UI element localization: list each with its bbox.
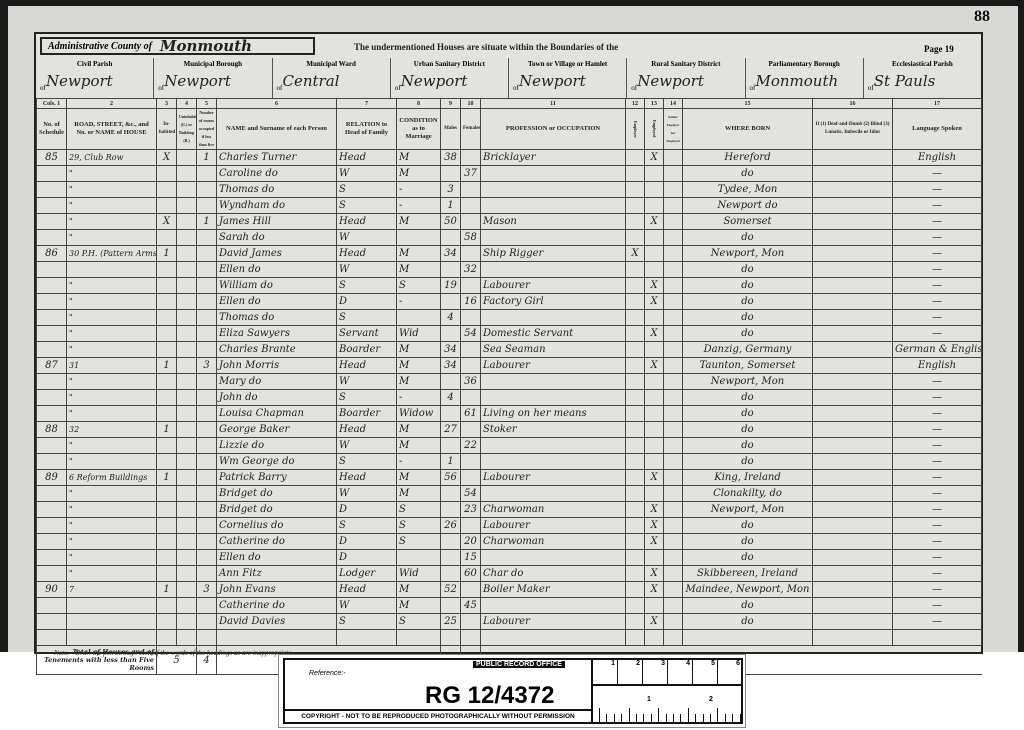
male-age-cell — [441, 598, 461, 614]
employer-cell — [626, 166, 645, 182]
male-age-cell — [441, 326, 461, 342]
language-cell: — — [893, 582, 982, 598]
table-row: "Eliza SawyersServantWid54Domestic Serva… — [37, 326, 982, 342]
relation-cell: Boarder — [337, 342, 397, 358]
relation-cell: S — [337, 198, 397, 214]
neither-cell — [664, 438, 683, 454]
employer-cell — [626, 550, 645, 566]
table-row: "John doS-4do— — [37, 390, 982, 406]
female-age-cell — [461, 182, 481, 198]
rooms-cell — [197, 198, 217, 214]
road-cell: " — [67, 390, 157, 406]
name-cell: Catherine do — [217, 534, 337, 550]
female-age-cell — [461, 518, 481, 534]
condition-cell: S — [397, 518, 441, 534]
uninhabited-cell — [177, 150, 197, 166]
employer-cell — [626, 502, 645, 518]
schedule-cell: 86 — [37, 246, 67, 262]
uninhabited-cell — [177, 582, 197, 598]
employed-cell: X — [645, 294, 664, 310]
neither-cell — [664, 630, 683, 646]
road-cell: " — [67, 310, 157, 326]
employer-cell — [626, 566, 645, 582]
employer-cell — [626, 294, 645, 310]
schedule-cell — [37, 262, 67, 278]
heading-uninhabited: Uninhabited (U.) or Building (B.) — [177, 109, 197, 150]
neither-cell — [664, 246, 683, 262]
occupation-cell: Sea Seaman — [481, 342, 626, 358]
neither-cell — [664, 214, 683, 230]
employer-cell — [626, 214, 645, 230]
relation-cell: D — [337, 294, 397, 310]
condition-cell: - — [397, 198, 441, 214]
schedule-cell — [37, 454, 67, 470]
employed-cell — [645, 630, 664, 646]
neither-cell — [664, 534, 683, 550]
inhabited-cell — [157, 182, 177, 198]
uninhabited-cell — [177, 486, 197, 502]
language-cell: — — [893, 166, 982, 182]
relation-cell: Head — [337, 582, 397, 598]
male-age-cell: 4 — [441, 390, 461, 406]
birthplace-cell: King, Ireland — [683, 470, 813, 486]
district-rural-sanitary: Rural Sanitary District of Newport — [627, 58, 745, 98]
infirmity-cell — [813, 630, 893, 646]
page-label: Page 19 — [924, 44, 954, 54]
road-cell: " — [67, 374, 157, 390]
occupation-cell — [481, 598, 626, 614]
birthplace-cell: do — [683, 166, 813, 182]
occupation-cell: Factory Girl — [481, 294, 626, 310]
schedule-cell — [37, 182, 67, 198]
schedule-cell — [37, 486, 67, 502]
inhabited-cell — [157, 390, 177, 406]
male-age-cell — [441, 294, 461, 310]
language-cell: — — [893, 550, 982, 566]
schedule-cell — [37, 278, 67, 294]
neither-cell — [664, 550, 683, 566]
language-cell: — — [893, 422, 982, 438]
district-urban-sanitary: Urban Sanitary District of Newport — [391, 58, 509, 98]
neither-cell — [664, 390, 683, 406]
heading-females: Females — [461, 109, 481, 150]
infirmity-cell — [813, 198, 893, 214]
name-cell: Ann Fitz — [217, 566, 337, 582]
table-row: "Bridget doWM54Clonakilty, do— — [37, 486, 982, 502]
female-age-cell — [461, 422, 481, 438]
male-age-cell — [441, 550, 461, 566]
infirmity-cell — [813, 262, 893, 278]
relation-cell: Head — [337, 246, 397, 262]
inhabited-cell — [157, 406, 177, 422]
occupation-cell — [481, 374, 626, 390]
table-row: "Thomas doS4do— — [37, 310, 982, 326]
female-age-cell: 37 — [461, 166, 481, 182]
birthplace-cell: do — [683, 278, 813, 294]
name-cell: Patrick Barry — [217, 470, 337, 486]
schedule-cell — [37, 214, 67, 230]
infirmity-cell — [813, 230, 893, 246]
schedule-cell: 90 — [37, 582, 67, 598]
neither-cell — [664, 374, 683, 390]
male-age-cell — [441, 566, 461, 582]
employer-cell — [626, 326, 645, 342]
employer-cell — [626, 182, 645, 198]
female-age-cell: 58 — [461, 230, 481, 246]
condition-cell: M — [397, 166, 441, 182]
schedule-cell — [37, 406, 67, 422]
birthplace-cell: Somerset — [683, 214, 813, 230]
condition-cell: M — [397, 422, 441, 438]
column-headings-row: No. of Schedule ROAD, STREET, &c., and N… — [37, 109, 982, 150]
uninhabited-cell — [177, 310, 197, 326]
infirmity-cell — [813, 358, 893, 374]
occupation-cell: Charwoman — [481, 502, 626, 518]
infirmity-cell — [813, 438, 893, 454]
road-cell: 32 — [67, 422, 157, 438]
rooms-cell — [197, 406, 217, 422]
female-age-cell: 54 — [461, 326, 481, 342]
uninhabited-cell — [177, 422, 197, 438]
rooms-cell — [197, 630, 217, 646]
relation-cell: W — [337, 374, 397, 390]
table-row: "Lizzie doWM22do— — [37, 438, 982, 454]
neither-cell — [664, 198, 683, 214]
rooms-cell — [197, 614, 217, 630]
inhabited-cell: X — [157, 150, 177, 166]
female-age-cell — [461, 342, 481, 358]
schedule-cell — [37, 342, 67, 358]
female-age-cell — [461, 278, 481, 294]
birthplace-cell: do — [683, 390, 813, 406]
inhabited-cell — [157, 166, 177, 182]
heading-relation: RELATION to Head of Family — [337, 109, 397, 150]
language-cell: — — [893, 486, 982, 502]
employed-cell — [645, 422, 664, 438]
measurement-scale: 1 2 3 4 5 6 1 2 — [591, 660, 743, 722]
rooms-cell — [197, 598, 217, 614]
employer-cell — [626, 486, 645, 502]
table-row: "Ann FitzLodgerWid60Char doXSkibbereen, … — [37, 566, 982, 582]
schedule-cell: 87 — [37, 358, 67, 374]
name-cell: David James — [217, 246, 337, 262]
neither-cell — [664, 294, 683, 310]
neither-cell — [664, 598, 683, 614]
district-row: Civil Parish of Newport Municipal Boroug… — [36, 58, 981, 100]
birthplace-cell: Newport, Mon — [683, 502, 813, 518]
condition-cell: M — [397, 486, 441, 502]
table-row: 90713John EvansHeadM52Boiler MakerXMaind… — [37, 582, 982, 598]
heading-schedule: No. of Schedule — [37, 109, 67, 150]
inhabited-cell — [157, 454, 177, 470]
language-cell: — — [893, 310, 982, 326]
relation-cell: W — [337, 262, 397, 278]
inhabited-cell — [157, 230, 177, 246]
pro-reference-label: PUBLIC RECORD OFFICE Reference:- RG 12/4… — [278, 654, 746, 728]
condition-cell: - — [397, 390, 441, 406]
female-age-cell — [461, 582, 481, 598]
table-row: "Catherine doDS20CharwomanXdo— — [37, 534, 982, 550]
language-cell: — — [893, 438, 982, 454]
female-age-cell: 20 — [461, 534, 481, 550]
female-age-cell — [461, 310, 481, 326]
name-cell: James Hill — [217, 214, 337, 230]
road-cell: " — [67, 326, 157, 342]
occupation-cell: Labourer — [481, 470, 626, 486]
inhabited-cell — [157, 486, 177, 502]
birthplace-cell: do — [683, 614, 813, 630]
relation-cell: W — [337, 598, 397, 614]
schedule-cell — [37, 550, 67, 566]
schedule-cell — [37, 230, 67, 246]
relation-cell: S — [337, 614, 397, 630]
birthplace-cell: do — [683, 294, 813, 310]
rooms-cell — [197, 470, 217, 486]
inhabited-cell: X — [157, 214, 177, 230]
road-cell: " — [67, 214, 157, 230]
relation-cell: W — [337, 438, 397, 454]
table-row: 873113John MorrisHeadM34LabourerXTaunton… — [37, 358, 982, 374]
infirmity-cell — [813, 390, 893, 406]
relation-cell: W — [337, 166, 397, 182]
occupation-cell — [481, 390, 626, 406]
uninhabited-cell — [177, 614, 197, 630]
inhabited-cell — [157, 438, 177, 454]
road-cell: " — [67, 198, 157, 214]
road-cell: 29, Club Row — [67, 150, 157, 166]
employed-cell — [645, 166, 664, 182]
schedule-cell — [37, 534, 67, 550]
birthplace-cell: Newport do — [683, 198, 813, 214]
rooms-cell — [197, 486, 217, 502]
table-row: "Wyndham doS-1Newport do— — [37, 198, 982, 214]
uninhabited-cell — [177, 342, 197, 358]
infirmity-cell — [813, 614, 893, 630]
infirmity-cell — [813, 502, 893, 518]
neither-cell — [664, 486, 683, 502]
employed-cell: X — [645, 358, 664, 374]
district-ecclesiastical-parish: Ecclesiastical Parish of St Pauls — [864, 58, 981, 98]
infirmity-cell — [813, 166, 893, 182]
neither-cell — [664, 278, 683, 294]
infirmity-cell — [813, 150, 893, 166]
employer-cell — [626, 358, 645, 374]
district-municipal-borough: Municipal Borough of Newport — [154, 58, 272, 98]
uninhabited-cell — [177, 454, 197, 470]
birthplace-cell: do — [683, 454, 813, 470]
heading-name: NAME and Surname of each Person — [217, 109, 337, 150]
reference-code: RG 12/4372 — [425, 682, 554, 710]
neither-cell — [664, 406, 683, 422]
neither-cell — [664, 358, 683, 374]
uninhabited-cell — [177, 262, 197, 278]
schedule-cell — [37, 438, 67, 454]
name-cell: Mary do — [217, 374, 337, 390]
name-cell: Thomas do — [217, 310, 337, 326]
occupation-cell — [481, 166, 626, 182]
rooms-cell — [197, 422, 217, 438]
condition-cell: M — [397, 214, 441, 230]
female-age-cell — [461, 630, 481, 646]
neither-cell — [664, 310, 683, 326]
employer-cell — [626, 390, 645, 406]
schedule-cell — [37, 598, 67, 614]
occupation-cell: Boiler Maker — [481, 582, 626, 598]
condition-cell — [397, 230, 441, 246]
condition-cell: - — [397, 294, 441, 310]
birthplace-cell: Hereford — [683, 150, 813, 166]
employed-cell: X — [645, 518, 664, 534]
relation-cell: Head — [337, 422, 397, 438]
employed-cell: X — [645, 470, 664, 486]
schedule-cell: 89 — [37, 470, 67, 486]
inhabited-cell — [157, 502, 177, 518]
employer-cell — [626, 582, 645, 598]
rooms-cell — [197, 438, 217, 454]
district-town: Town or Village or Hamlet of Newport — [509, 58, 627, 98]
employed-cell — [645, 342, 664, 358]
occupation-cell — [481, 630, 626, 646]
female-age-cell: 15 — [461, 550, 481, 566]
name-cell: Catherine do — [217, 598, 337, 614]
female-age-cell: 45 — [461, 598, 481, 614]
condition-cell: Wid — [397, 566, 441, 582]
table-row: "Ellen doD-16Factory GirlXdo— — [37, 294, 982, 310]
birthplace-cell: Taunton, Somerset — [683, 358, 813, 374]
employer-cell — [626, 150, 645, 166]
language-cell: — — [893, 326, 982, 342]
heading-condition: CONDITION as to Marriage — [397, 109, 441, 150]
rooms-cell — [197, 454, 217, 470]
relation-cell: S — [337, 390, 397, 406]
name-cell: John Morris — [217, 358, 337, 374]
table-row: "Bridget doDS23CharwomanXNewport, Mon— — [37, 502, 982, 518]
uninhabited-cell — [177, 294, 197, 310]
schedule-cell — [37, 630, 67, 646]
uninhabited-cell — [177, 230, 197, 246]
name-cell: Wyndham do — [217, 198, 337, 214]
footnote: Note.—Draw the pen through such of the w… — [54, 649, 293, 657]
heading-born: WHERE BORN — [683, 109, 813, 150]
inhabited-cell — [157, 534, 177, 550]
male-age-cell: 19 — [441, 278, 461, 294]
condition-cell: - — [397, 182, 441, 198]
name-cell: Bridget do — [217, 502, 337, 518]
occupation-cell: Labourer — [481, 278, 626, 294]
female-age-cell: 36 — [461, 374, 481, 390]
road-cell: " — [67, 294, 157, 310]
occupation-cell — [481, 262, 626, 278]
column-numbers-row: Cols. 1 2 3 4 5 6 7 8 9 10 11 12 13 14 1… — [37, 99, 982, 109]
road-cell: " — [67, 342, 157, 358]
uninhabited-cell — [177, 502, 197, 518]
language-cell: English — [893, 150, 982, 166]
name-cell: Sarah do — [217, 230, 337, 246]
admin-county-box: Administrative County of Monmouth — [40, 37, 315, 55]
road-cell: " — [67, 534, 157, 550]
occupation-cell: Ship Rigger — [481, 246, 626, 262]
condition-cell: S — [397, 278, 441, 294]
inhabited-cell — [157, 326, 177, 342]
language-cell — [893, 630, 982, 646]
male-age-cell — [441, 486, 461, 502]
inhabited-cell — [157, 198, 177, 214]
male-age-cell: 1 — [441, 198, 461, 214]
language-cell: — — [893, 534, 982, 550]
condition-cell: Wid — [397, 326, 441, 342]
employed-cell — [645, 230, 664, 246]
language-cell: — — [893, 566, 982, 582]
census-table: Cols. 1 2 3 4 5 6 7 8 9 10 11 12 13 14 1… — [36, 98, 982, 675]
uninhabited-cell — [177, 278, 197, 294]
rooms-cell — [197, 278, 217, 294]
infirmity-cell — [813, 326, 893, 342]
language-cell: — — [893, 246, 982, 262]
neither-cell — [664, 230, 683, 246]
table-row: 88321George BakerHeadM27Stokerdo— — [37, 422, 982, 438]
schedule-cell — [37, 198, 67, 214]
employer-cell — [626, 630, 645, 646]
male-age-cell: 26 — [441, 518, 461, 534]
employed-cell: X — [645, 502, 664, 518]
table-row — [37, 630, 982, 646]
employer-cell — [626, 342, 645, 358]
rooms-cell — [197, 246, 217, 262]
relation-cell: Lodger — [337, 566, 397, 582]
relation-cell: Head — [337, 214, 397, 230]
road-cell: 31 — [67, 358, 157, 374]
admin-county-value: Monmouth — [160, 37, 252, 55]
employed-cell — [645, 390, 664, 406]
census-rows: 8529, Club RowX1Charles TurnerHeadM38Bri… — [37, 150, 982, 646]
employed-cell — [645, 262, 664, 278]
infirmity-cell — [813, 406, 893, 422]
employed-cell: X — [645, 150, 664, 166]
road-cell: " — [67, 438, 157, 454]
rooms-cell — [197, 374, 217, 390]
table-row: "Ellen doD15do— — [37, 550, 982, 566]
birthplace-cell: do — [683, 534, 813, 550]
relation-cell: Head — [337, 470, 397, 486]
neither-cell — [664, 166, 683, 182]
uninhabited-cell — [177, 518, 197, 534]
road-cell: " — [67, 502, 157, 518]
employed-cell — [645, 550, 664, 566]
language-cell: — — [893, 262, 982, 278]
infirmity-cell — [813, 454, 893, 470]
inhabited-cell — [157, 614, 177, 630]
relation-cell: S — [337, 310, 397, 326]
name-cell: Ellen do — [217, 294, 337, 310]
rooms-cell: 1 — [197, 214, 217, 230]
employed-cell: X — [645, 214, 664, 230]
inhabited-cell — [157, 518, 177, 534]
employed-cell — [645, 310, 664, 326]
condition-cell: M — [397, 246, 441, 262]
female-age-cell: 23 — [461, 502, 481, 518]
neither-cell — [664, 326, 683, 342]
male-age-cell: 1 — [441, 454, 461, 470]
table-row: "Charles BranteBoarderM34Sea SeamanDanzi… — [37, 342, 982, 358]
inhabited-cell — [157, 278, 177, 294]
table-row: "Louisa ChapmanBoarderWidow61Living on h… — [37, 406, 982, 422]
schedule-cell — [37, 502, 67, 518]
birthplace-cell: Danzig, Germany — [683, 342, 813, 358]
employed-cell — [645, 454, 664, 470]
road-cell: " — [67, 230, 157, 246]
table-row: "Wm George doS-1do— — [37, 454, 982, 470]
language-cell: English — [893, 358, 982, 374]
